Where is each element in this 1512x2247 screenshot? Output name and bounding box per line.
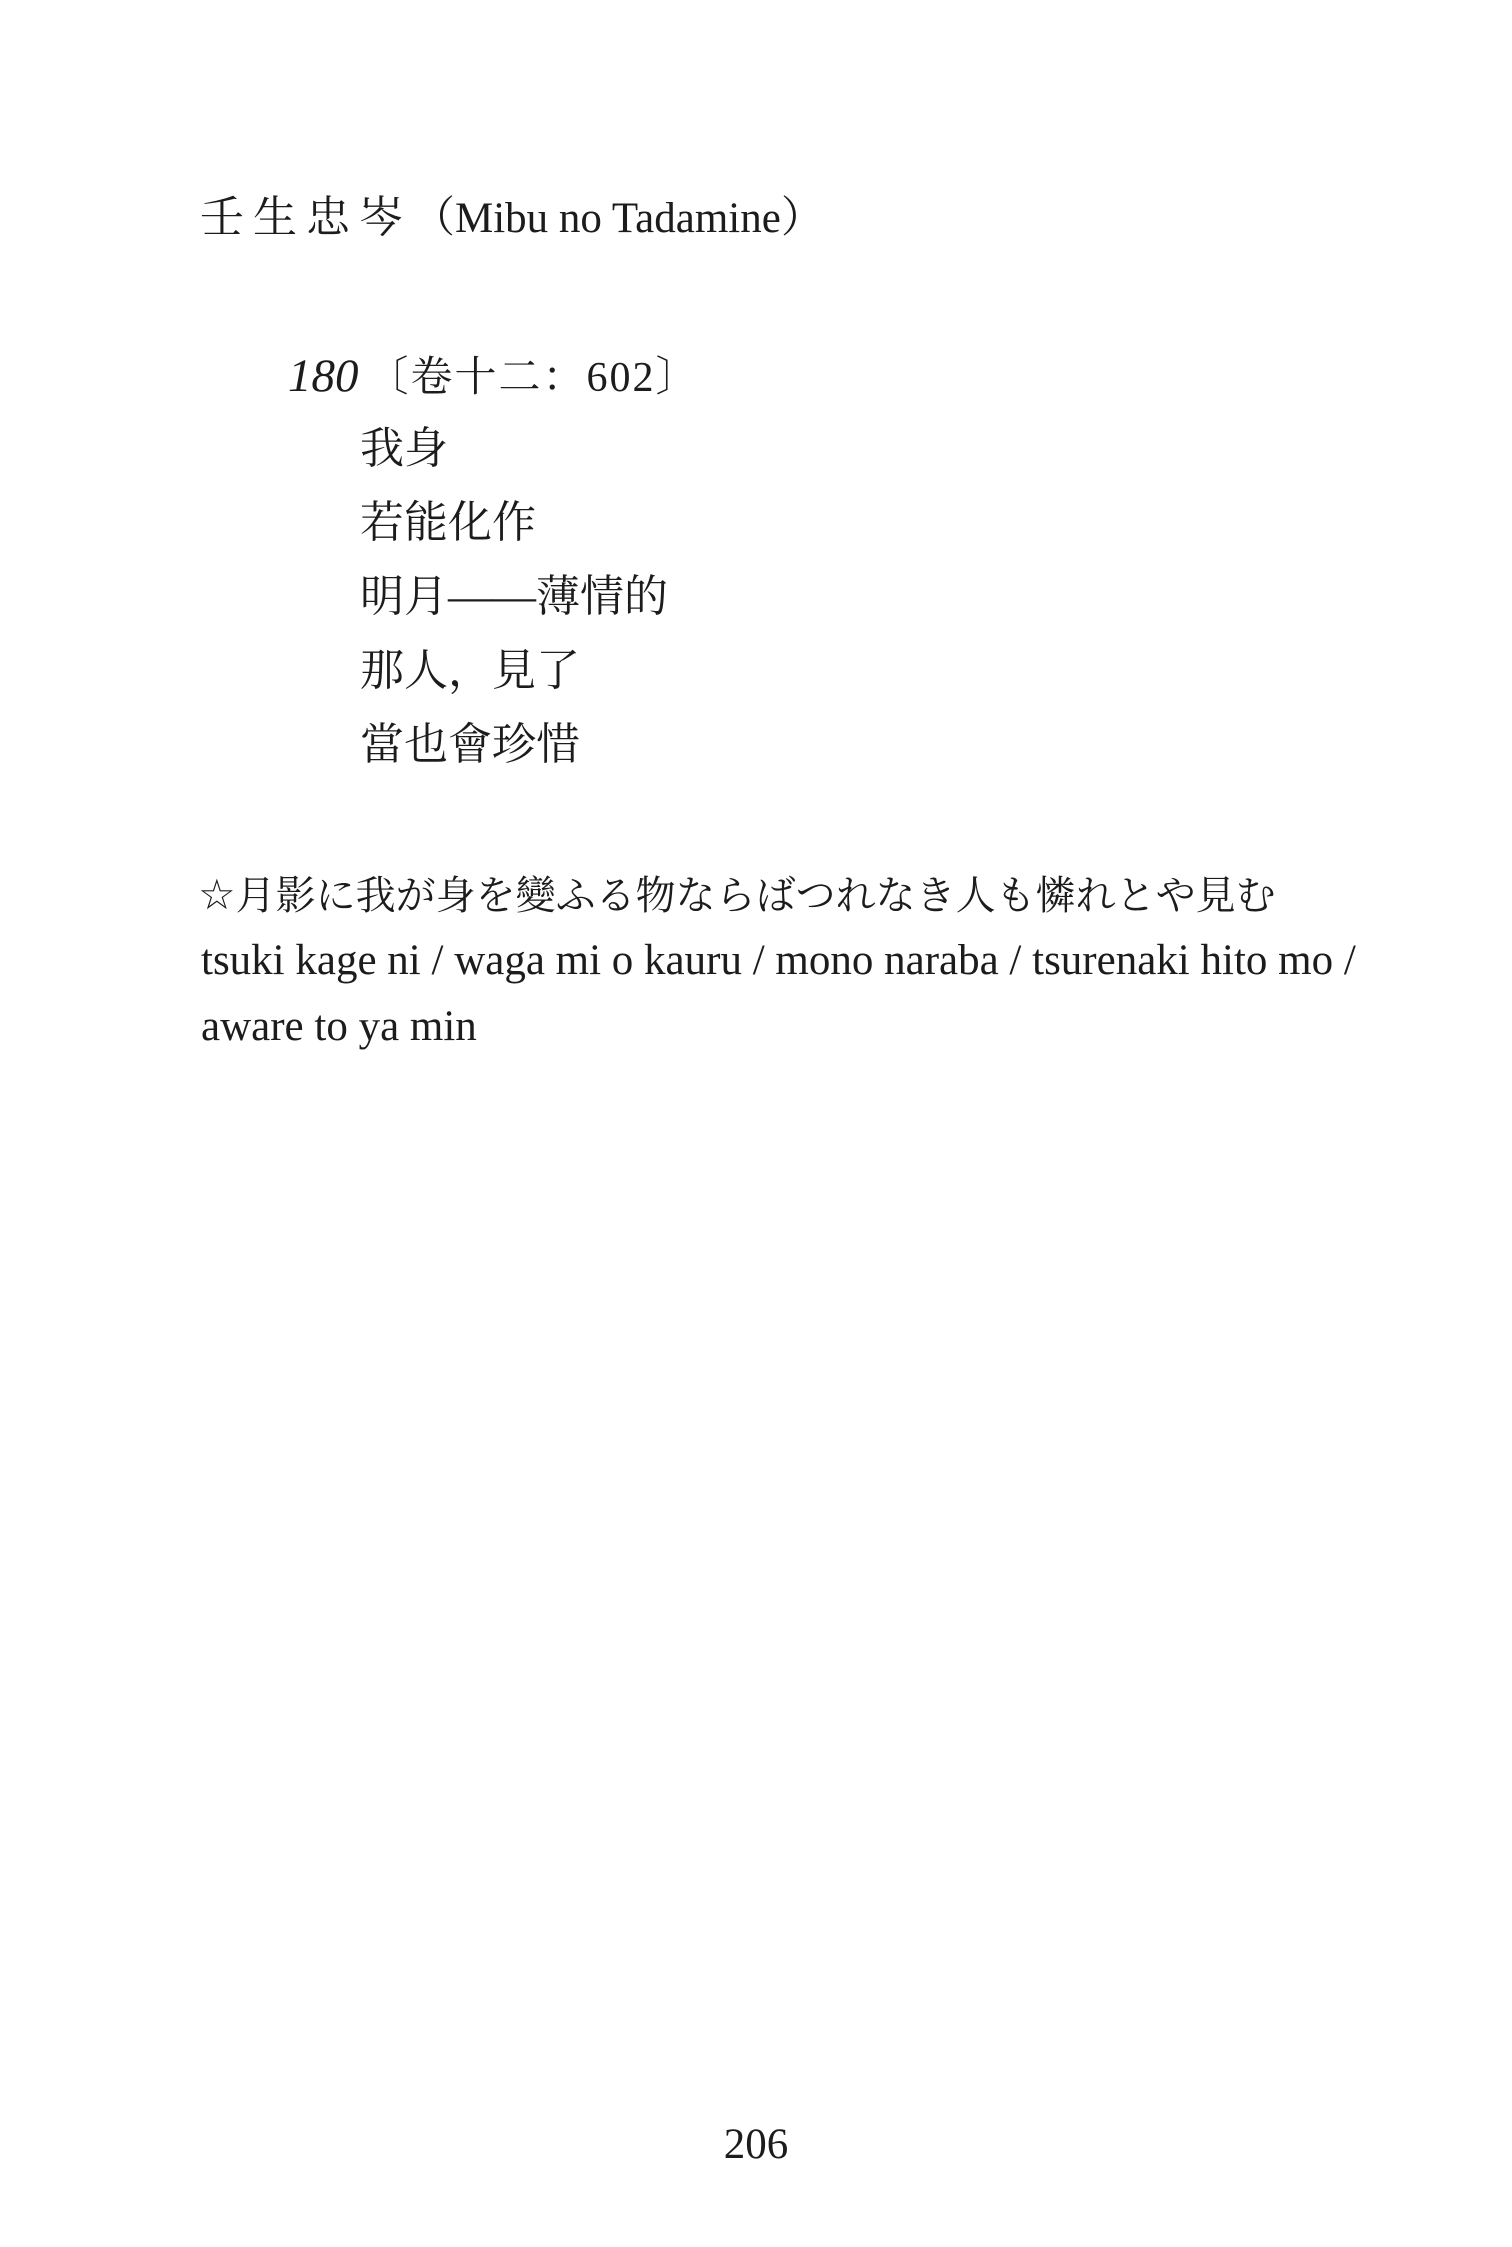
poem-source-ref: 〔卷十二：602〕 (367, 355, 700, 401)
romaji-line-2: aware to ya min (201, 994, 1356, 1060)
poem-number-line: 180〔卷十二：602〕 (288, 348, 700, 415)
poem-translation-block: 我身 若能化作 明月——薄情的 那人，見了 當也會珍惜 (360, 412, 668, 782)
poem-line-5: 當也會珍惜 (360, 708, 668, 782)
poem-original-text: 月影に我が身を變ふる物ならばつれなき人も憐れとや見む (236, 873, 1276, 918)
poet-name-cn: 壬生忠岑 (200, 193, 412, 242)
page-number: 206 (0, 2122, 1512, 2168)
poem-original-line: ☆月影に我が身を變ふる物ならばつれなき人も憐れとや見む (198, 872, 1276, 920)
poem-line-2: 若能化作 (360, 486, 668, 560)
romaji-line-1: tsuki kage ni / waga mi o kauru / mono n… (201, 928, 1356, 994)
poem-line-3: 明月——薄情的 (360, 560, 668, 634)
poem-number: 180 (288, 350, 359, 402)
poem-line-1: 我身 (360, 412, 668, 486)
poem-line-4: 那人，見了 (360, 634, 668, 708)
poet-name-romaji: （Mibu no Tadamine） (412, 195, 824, 242)
star-icon: ☆ (198, 873, 236, 919)
poem-romaji-block: tsuki kage ni / waga mi o kauru / mono n… (201, 928, 1356, 1060)
poet-heading: 壬生忠岑（Mibu no Tadamine） (200, 192, 824, 254)
book-page: 壬生忠岑（Mibu no Tadamine） 180〔卷十二：602〕 我身 若… (0, 0, 1512, 2247)
